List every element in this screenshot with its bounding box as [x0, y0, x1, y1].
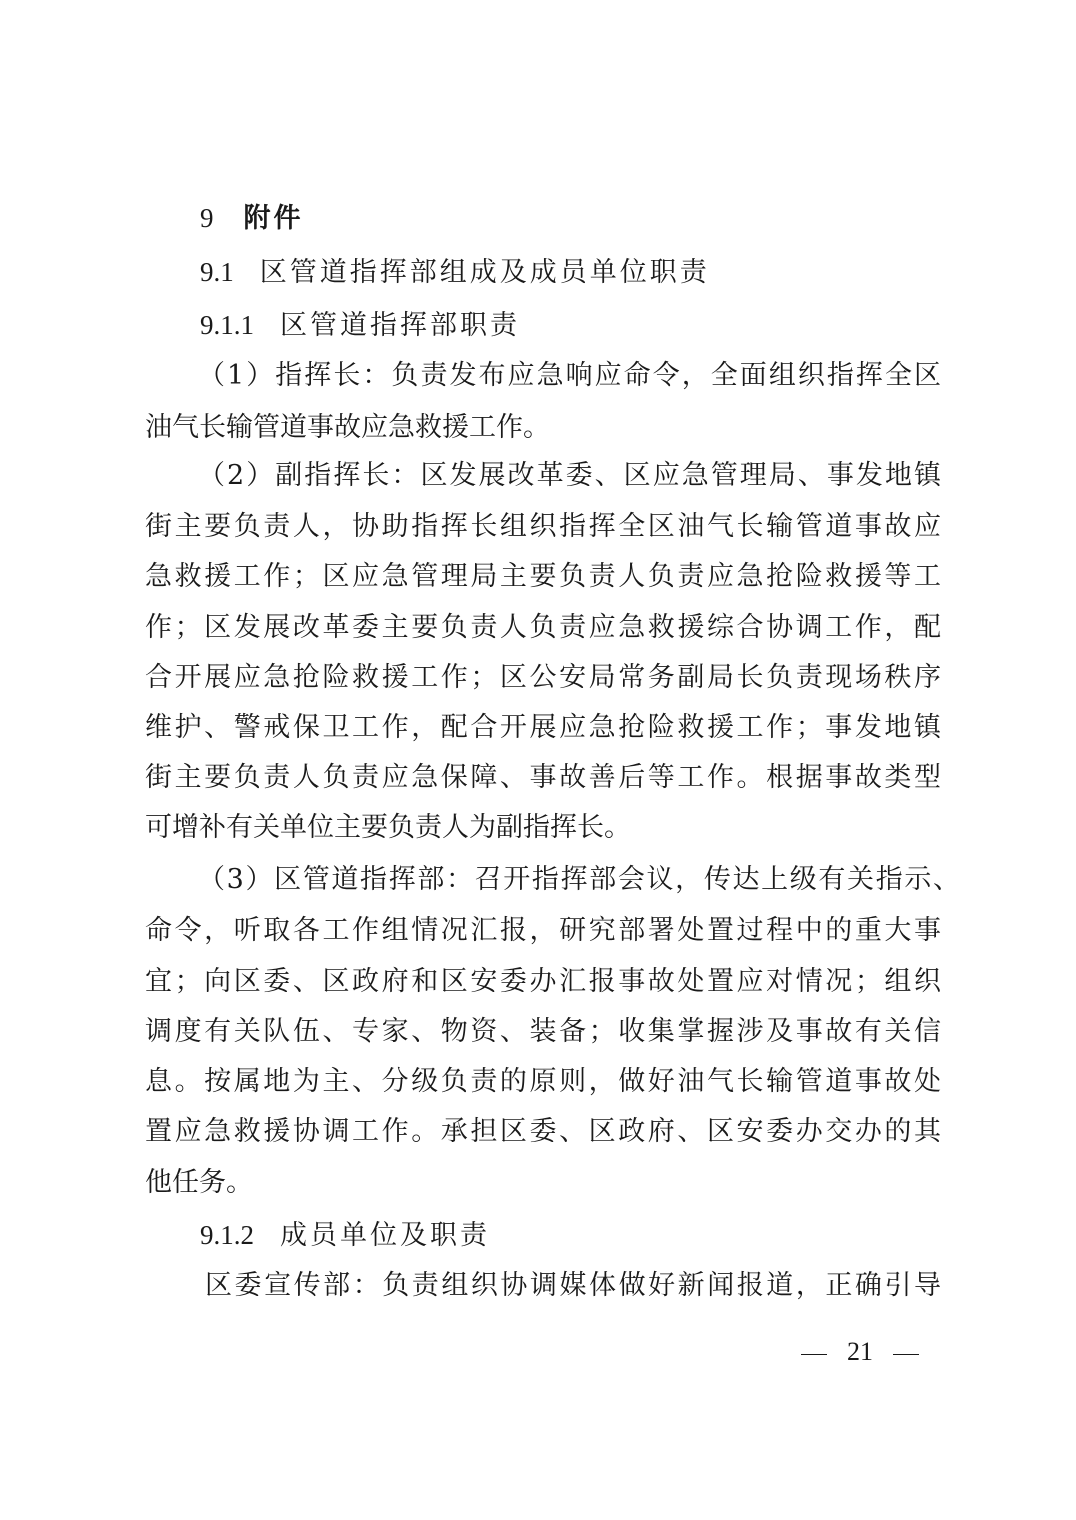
section-heading-9-1-1: 9.1.1区管道指挥部职责	[200, 305, 520, 345]
paragraph-line: 维护、警戒保卫工作，配合开展应急抢险救援工作；事发地镇	[145, 708, 941, 748]
paragraph-line: 宜；向区委、区政府和区安委办汇报事故处置应对情况；组织	[145, 962, 941, 1002]
paragraph-line: 可增补有关单位主要负责人为副指挥长。	[145, 808, 941, 848]
paragraph-line: 街主要负责人负责应急保障、事故善后等工作。根据事故类型	[145, 758, 941, 798]
paragraph-line: 命令，听取各工作组情况汇报，研究部署处置过程中的重大事	[145, 911, 941, 951]
section-title: 成员单位及职责	[280, 1220, 490, 1251]
paragraph-line: 区委宣传部：负责组织协调媒体做好新闻报道，正确引导	[205, 1266, 941, 1306]
page-number: 21	[790, 1334, 930, 1370]
paragraph-line: （3）区管道指挥部：召开指挥部会议，传达上级有关指示、	[198, 860, 960, 900]
section-title: 区管道指挥部职责	[280, 310, 520, 341]
page-number-value: 21	[847, 1334, 873, 1370]
paragraph-line: 作；区发展改革委主要负责人负责应急救援综合协调工作，配	[145, 608, 941, 648]
section-number: 9.1.1	[200, 305, 254, 345]
paragraph-line: 街主要负责人，协助指挥长组织指挥全区油气长输管道事故应	[145, 507, 941, 547]
paragraph-line: 调度有关队伍、专家、物资、装备；收集掌握涉及事故有关信	[145, 1012, 941, 1052]
section-title: 附件	[244, 203, 304, 234]
paragraph-line: （2）副指挥长：区发展改革委、区应急管理局、事发地镇	[198, 456, 941, 496]
paragraph-line: 合开展应急抢险救援工作；区公安局常务副局长负责现场秩序	[145, 658, 941, 698]
section-heading-9-1-2: 9.1.2成员单位及职责	[200, 1215, 490, 1255]
paragraph-line: 他任务。	[145, 1163, 941, 1203]
section-number: 9	[200, 198, 214, 238]
paragraph-line: 油气长输管道事故应急救援工作。	[145, 408, 941, 448]
dash-right	[893, 1354, 919, 1355]
paragraph-line: 急救援工作；区应急管理局主要负责人负责应急抢险救援等工	[145, 557, 941, 597]
paragraph-line: （1）指挥长：负责发布应急响应命令，全面组织指挥全区	[198, 356, 941, 396]
section-title: 区管道指挥部组成及成员单位职责	[260, 257, 710, 288]
paragraph-line: 置应急救援协调工作。承担区委、区政府、区安委办交办的其	[145, 1112, 941, 1152]
section-number: 9.1	[200, 252, 234, 292]
paragraph-line: 息。按属地为主、分级负责的原则，做好油气长输管道事故处	[145, 1062, 941, 1102]
dash-left	[801, 1354, 827, 1355]
section-heading-9: 9附件	[200, 198, 304, 238]
document-page: 9附件 9.1区管道指挥部组成及成员单位职责 9.1.1区管道指挥部职责 （1）…	[0, 0, 1076, 1520]
section-heading-9-1: 9.1区管道指挥部组成及成员单位职责	[200, 252, 710, 292]
section-number: 9.1.2	[200, 1215, 254, 1255]
